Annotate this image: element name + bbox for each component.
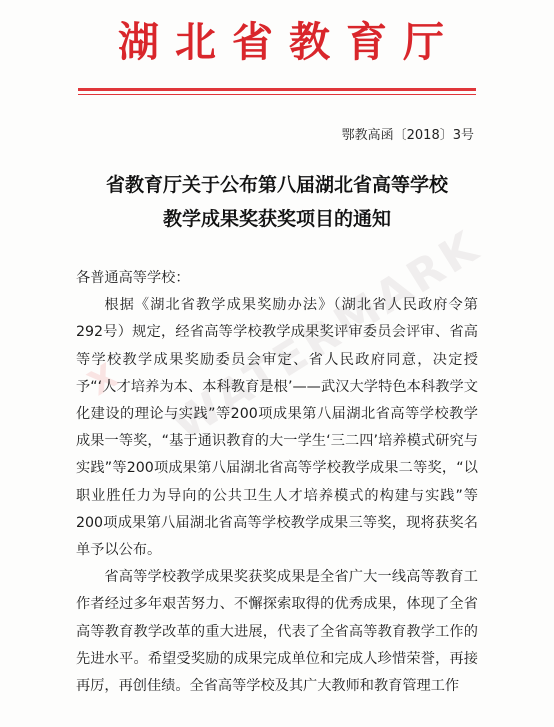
salutation: 各普通高等学校： <box>76 265 478 292</box>
document-body: 各普通高等学校： 根据《湖北省教学成果奖励办法》（湖北省人民政府令第292号）规… <box>76 265 478 700</box>
document-title-line-2: 教学成果奖获奖项目的通知 <box>0 202 554 236</box>
document-page: 湖北省教育厅 鄂教高函〔2018〕3号 省教育厅关于公布第八届湖北省高等学校 教… <box>0 0 554 727</box>
body-paragraph-1: 根据《湖北省教学成果奖励办法》（湖北省人民政府令第292号）规定，经省高等学校教… <box>76 292 478 564</box>
document-title-line-1: 省教育厅关于公布第八届湖北省高等学校 <box>0 168 554 202</box>
letterhead-org-name: 湖北省教育厅 <box>0 14 554 70</box>
letterhead-red-rule-thick <box>78 88 476 91</box>
body-paragraph-2: 省高等学校教学成果奖获奖成果是全省广大一线高等教育工作者经过多年艰苦努力、不懈探… <box>76 564 478 700</box>
document-number: 鄂教高函〔2018〕3号 <box>342 124 474 143</box>
document-title: 省教育厅关于公布第八届湖北省高等学校 教学成果奖获奖项目的通知 <box>0 168 554 236</box>
letterhead-red-rule-thin <box>78 94 476 95</box>
